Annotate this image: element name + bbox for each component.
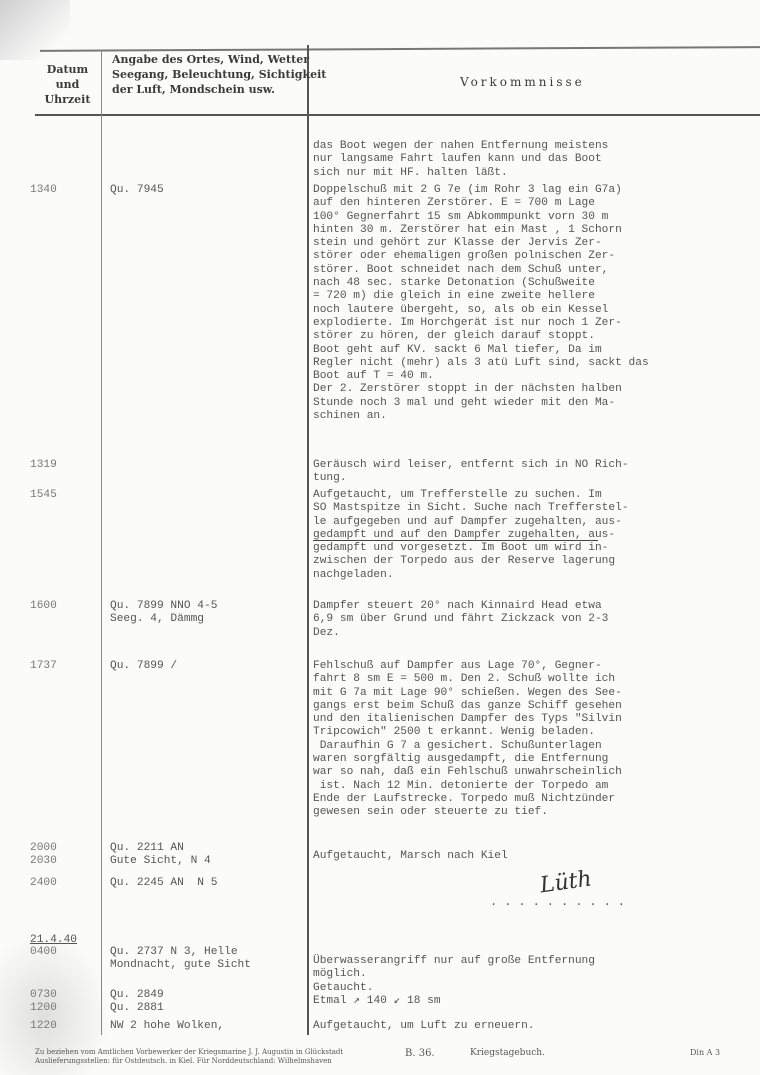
commander-signature: Lüth [539,867,594,899]
header-place-weather: Angabe des Ortes, Wind, Wetter Seegang, … [112,52,307,97]
log-entry-text: Geräusch wird leiser, entfernt sich in N… [313,459,758,486]
strike-through-line [313,540,598,541]
footer-form-number: B. 36. [405,1048,435,1059]
log-entry-time: 1319 [30,459,98,472]
log-entry-place: Qu. 2245 AN N 5 [110,877,305,890]
column-divider-date [101,50,102,1035]
log-entry-time: 1545 [30,489,98,502]
log-entry-place: Qu. 2211 AN Gute Sicht, N 4 [110,842,305,869]
column-divider-place [307,45,309,1035]
footer-title: Kriegstagebuch. [470,1048,545,1058]
log-entry-place: Qu. 2737 N 3, Helle Mondnacht, gute Sich… [110,946,305,973]
log-entry-text: Dampfer steuert 20° nach Kinnaird Head e… [313,600,758,640]
footer-paper-size: Din A 3 [690,1048,720,1057]
log-entry-time: 2000 2030 [30,842,98,869]
log-entry-place: Qu. 7945 [110,184,305,197]
log-entry-text: Aufgetaucht, um Trefferstelle zu suchen.… [313,489,758,582]
log-entry-time: 1600 [30,600,98,613]
log-entry-place: Qu. 7899 / [110,660,305,673]
log-entry-time: 1220 [30,1020,98,1033]
signature-line: .......... [490,895,632,909]
header-bottom-rule [35,114,760,116]
header-date-time: Datum und Uhrzeit [40,62,95,107]
log-entry-text: Aufgetaucht, um Luft zu erneuern. [313,1020,758,1033]
log-entry-time: 1737 [30,660,98,673]
log-entry-time: 1340 [30,184,98,197]
log-entry-text: Aufgetaucht, Marsch nach Kiel [313,850,758,863]
log-entry-place: Qu. 7899 NNO 4-5 Seeg. 4, Dämmg [110,600,305,627]
log-entry-time: 0400 [30,946,98,959]
log-entry-time: 2400 [30,877,98,890]
log-entry-time: 0730 1200 [30,989,98,1016]
log-entry-place: NW 2 hohe Wolken, [110,1020,305,1033]
log-entry-text: Doppelschuß mit 2 G 7e (im Rohr 3 lag ei… [313,184,758,423]
log-entry-place: Qu. 2849 Qu. 2881 [110,989,305,1016]
footer-publisher-note: Zu beziehen vom Amtlichen Vorbewerker de… [35,1048,365,1066]
log-entry-text: das Boot wegen der nahen Entfernung meis… [313,140,758,180]
header-events: Vorkommnisse [460,75,585,90]
log-entry-text: Fehlschuß auf Dampfer aus Lage 70°, Gegn… [313,660,758,820]
log-entry-text: Überwasserangriff nur auf große Entfernu… [313,955,758,1008]
